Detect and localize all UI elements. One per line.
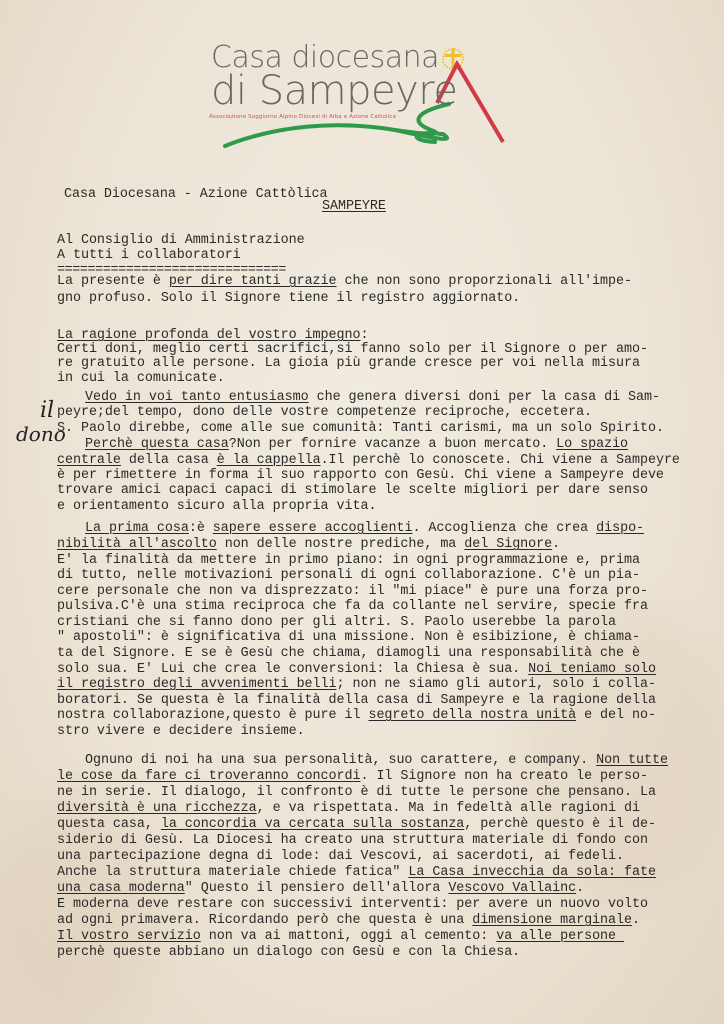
- letter-line: di tutto, nelle motivazioni personali di…: [57, 569, 640, 583]
- text-run: " Questo il pensiero dell'allora: [185, 881, 449, 896]
- letter-line: stro vivere e decidere insieme.: [57, 725, 305, 739]
- letter-line: " apostoli": è significativa di una miss…: [57, 631, 640, 645]
- letter-line: cristiani che si fanno dono per gli altr…: [57, 616, 616, 630]
- letter-line: Ognuno di noi ha una sua personalità, su…: [85, 754, 668, 768]
- underlined-phrase: nibilità all'ascolto: [57, 537, 217, 552]
- underlined-phrase: una casa moderna: [57, 881, 185, 896]
- typed-letter: Casa Diocesana - Azione Cattòlica SAMPEY…: [0, 0, 724, 1024]
- text-run: stro vivere e decidere insieme.: [57, 724, 305, 739]
- underlined-phrase: le cose da fare ci troveranno concordi: [57, 769, 360, 784]
- recipient-1: Al Consiglio di Amministrazione: [57, 234, 305, 248]
- text-run: .Il perchè lo conoscete. Chi viene a Sam…: [321, 453, 680, 468]
- text-run: siderio di Gesù. La Diocesi ha creato un…: [57, 833, 648, 848]
- text-run: :è: [189, 521, 213, 536]
- letter-line: siderio di Gesù. La Diocesi ha creato un…: [57, 834, 648, 848]
- letter-line: perchè queste abbiano un dialogo con Ges…: [57, 946, 520, 960]
- text-run: .: [632, 913, 640, 928]
- letter-line: centrale della casa è la cappella.Il per…: [57, 454, 680, 468]
- text-run: :: [360, 328, 368, 343]
- underlined-phrase: il registro degli avvenimenti belli: [57, 677, 337, 692]
- text-run: .: [576, 881, 584, 896]
- text-run: ne in serie. Il dialogo, il confronto è …: [57, 785, 656, 800]
- underlined-phrase: diversità è una ricchezza: [57, 801, 257, 816]
- letter-line: Anche la struttura materiale chiede fati…: [57, 866, 656, 880]
- underlined-phrase: va alle persone: [496, 929, 624, 944]
- text-run: questa casa,: [57, 817, 161, 832]
- letter-line: in cui la comunicate.: [57, 372, 225, 386]
- text-run: trovare amici capaci capaci di stimolare…: [57, 483, 648, 498]
- text-run: non va ai mattoni, oggi al cemento:: [201, 929, 496, 944]
- letter-line: ne in serie. Il dialogo, il confronto è …: [57, 786, 656, 800]
- text-run: " apostoli": è significativa di una miss…: [57, 630, 640, 645]
- underlined-phrase: Non tutte: [596, 753, 668, 768]
- letter-line: trovare amici capaci capaci di stimolare…: [57, 484, 648, 498]
- text-run: pulsiva.C'è una stima reciproca che fa d…: [57, 599, 648, 614]
- letter-line: pulsiva.C'è una stima reciproca che fa d…: [57, 600, 648, 614]
- text-run: e del no-: [576, 708, 656, 723]
- underlined-phrase: segreto della nostra unità: [368, 708, 576, 723]
- letter-line: le cose da fare ci troveranno concordi. …: [57, 770, 648, 784]
- text-run: che non sono proporzionali all'impe-: [337, 274, 632, 289]
- underlined-phrase: centrale: [57, 453, 121, 468]
- text-run: in cui la comunicate.: [57, 371, 225, 386]
- text-run: solo sua. E' Lui che crea le conversioni…: [57, 662, 528, 677]
- underlined-phrase: dimensione marginale: [472, 913, 632, 928]
- underlined-phrase: La ragione profonda del vostro impegno: [57, 328, 360, 343]
- underlined-phrase: del Signore: [464, 537, 552, 552]
- text-run: boratori. Se questa è la finalità della …: [57, 693, 656, 708]
- text-run: ad ogni primavera. Ricordando però che q…: [57, 913, 472, 928]
- text-run: non delle nostre prediche, ma: [217, 537, 465, 552]
- letter-line: ad ogni primavera. Ricordando però che q…: [57, 914, 640, 928]
- letter-line: Il vostro servizio non va ai mattoni, og…: [57, 930, 624, 944]
- letter-line: nibilità all'ascolto non delle nostre pr…: [57, 538, 560, 552]
- underlined-phrase: Vedo in voi tanto entusiasmo: [85, 390, 309, 405]
- text-run: . Il Signore non ha creato le perso-: [360, 769, 648, 784]
- letter-header-org: Casa Diocesana - Azione Cattòlica: [64, 188, 328, 202]
- letter-line: La prima cosa:è sapere essere accoglient…: [85, 522, 644, 536]
- recipient-2: A tutti i collaboratori: [57, 249, 241, 263]
- underlined-phrase: Il vostro servizio: [57, 929, 201, 944]
- letter-line: Certi doni, meglio certi sacrifici,si fa…: [57, 343, 648, 357]
- letter-line: questa casa, la concordia va cercata sul…: [57, 818, 656, 832]
- text-run: cere personale che non va disprezzato: i…: [57, 584, 648, 599]
- letter-line: diversità è una ricchezza, e va rispetta…: [57, 802, 640, 816]
- underlined-phrase: La Casa invecchia da sola: fate: [408, 865, 656, 880]
- letter-line: boratori. Se questa è la finalità della …: [57, 694, 656, 708]
- text-run: Certi doni, meglio certi sacrifici,si fa…: [57, 342, 648, 357]
- text-run: . Accoglienza che crea: [412, 521, 596, 536]
- letter-line: è per rimettere in forma il suo rapporto…: [57, 469, 664, 483]
- text-run: perchè queste abbiano un dialogo con Ges…: [57, 945, 520, 960]
- letter-line: solo sua. E' Lui che crea le conversioni…: [57, 663, 656, 677]
- text-run: re gratuito alle persone. La gioia più g…: [57, 356, 640, 371]
- underlined-phrase: sapere essere accoglienti: [213, 521, 413, 536]
- text-run: La presente è: [57, 274, 169, 289]
- text-run: E' la finalità da mettere in primo piano…: [57, 553, 640, 568]
- text-run: della casa: [121, 453, 217, 468]
- underlined-phrase: la concordia va cercata sulla sostanza: [161, 817, 464, 832]
- text-run: S. Paolo direbbe, come alle sue comunità…: [57, 421, 664, 436]
- letter-line: e orientamento sicuro alla propria vita.: [57, 500, 376, 514]
- text-run: che genera diversi doni per la casa di S…: [309, 390, 660, 405]
- letter-line: La ragione profonda del vostro impegno:: [57, 329, 368, 343]
- letter-line: Vedo in voi tanto entusiasmo che genera …: [85, 391, 660, 405]
- text-run: , perchè questo è il de-: [464, 817, 656, 832]
- underlined-phrase: dispo-: [596, 521, 644, 536]
- letter-line: ta del Signore. E se è Gesù che chiama, …: [57, 647, 640, 661]
- text-run: , e va rispettata. Ma in fedeltà alle ra…: [257, 801, 640, 816]
- text-run: E moderna deve restare con successivi in…: [57, 897, 648, 912]
- text-run: è per rimettere in forma il suo rapporto…: [57, 468, 664, 483]
- text-run: Anche la struttura materiale chiede fati…: [57, 865, 408, 880]
- letter-line: peyre;del tempo, dono delle vostre compe…: [57, 406, 592, 420]
- letter-line: cere personale che non va disprezzato: i…: [57, 585, 648, 599]
- text-run: Ognuno di noi ha una sua personalità, su…: [85, 753, 596, 768]
- letter-header-place: SAMPEYRE: [322, 200, 386, 214]
- letter-line: una partecipazione degna di lode: dai Ve…: [57, 850, 624, 864]
- underlined-phrase: Noi teniamo solo: [528, 662, 656, 677]
- letter-line: S. Paolo direbbe, come alle sue comunità…: [57, 422, 664, 436]
- text-run: di tutto, nelle motivazioni personali di…: [57, 568, 640, 583]
- text-run: gno profuso. Solo il Signore tiene il re…: [57, 291, 520, 306]
- text-run: .: [552, 537, 560, 552]
- text-run: cristiani che si fanno dono per gli altr…: [57, 615, 616, 630]
- letter-line: nostra collaborazione,questo è pure il s…: [57, 709, 656, 723]
- underlined-phrase: Lo spazio: [556, 437, 628, 452]
- text-run: ; non ne siamo gli autori, solo i colla-: [337, 677, 656, 692]
- underlined-phrase: per dire tanti grazie: [169, 274, 337, 289]
- letter-line: una casa moderna" Questo il pensiero del…: [57, 882, 584, 896]
- letter-line: E' la finalità da mettere in primo piano…: [57, 554, 640, 568]
- text-run: e orientamento sicuro alla propria vita.: [57, 499, 376, 514]
- text-run: nostra collaborazione,questo è pure il: [57, 708, 368, 723]
- letter-line: il registro degli avvenimenti belli; non…: [57, 678, 656, 692]
- text-run: peyre;del tempo, dono delle vostre compe…: [57, 405, 592, 420]
- text-run: una partecipazione degna di lode: dai Ve…: [57, 849, 624, 864]
- handwritten-note: il: [40, 398, 54, 423]
- handwritten-note: dono: [16, 422, 66, 446]
- underlined-phrase: La prima cosa: [85, 521, 189, 536]
- letter-line: re gratuito alle persone. La gioia più g…: [57, 357, 640, 371]
- text-run: ?Non per fornire vacanze a buon mercato.: [229, 437, 556, 452]
- text-run: ta del Signore. E se è Gesù che chiama, …: [57, 646, 640, 661]
- underlined-phrase: è la cappella: [217, 453, 321, 468]
- letter-line: gno profuso. Solo il Signore tiene il re…: [57, 292, 520, 306]
- letter-line: La presente è per dire tanti grazie che …: [57, 275, 632, 289]
- letter-line: E moderna deve restare con successivi in…: [57, 898, 648, 912]
- underlined-phrase: Vescovo Vallainc: [448, 881, 576, 896]
- underlined-phrase: Perchè questa casa: [85, 437, 229, 452]
- letter-line: Perchè questa casa?Non per fornire vacan…: [85, 438, 628, 452]
